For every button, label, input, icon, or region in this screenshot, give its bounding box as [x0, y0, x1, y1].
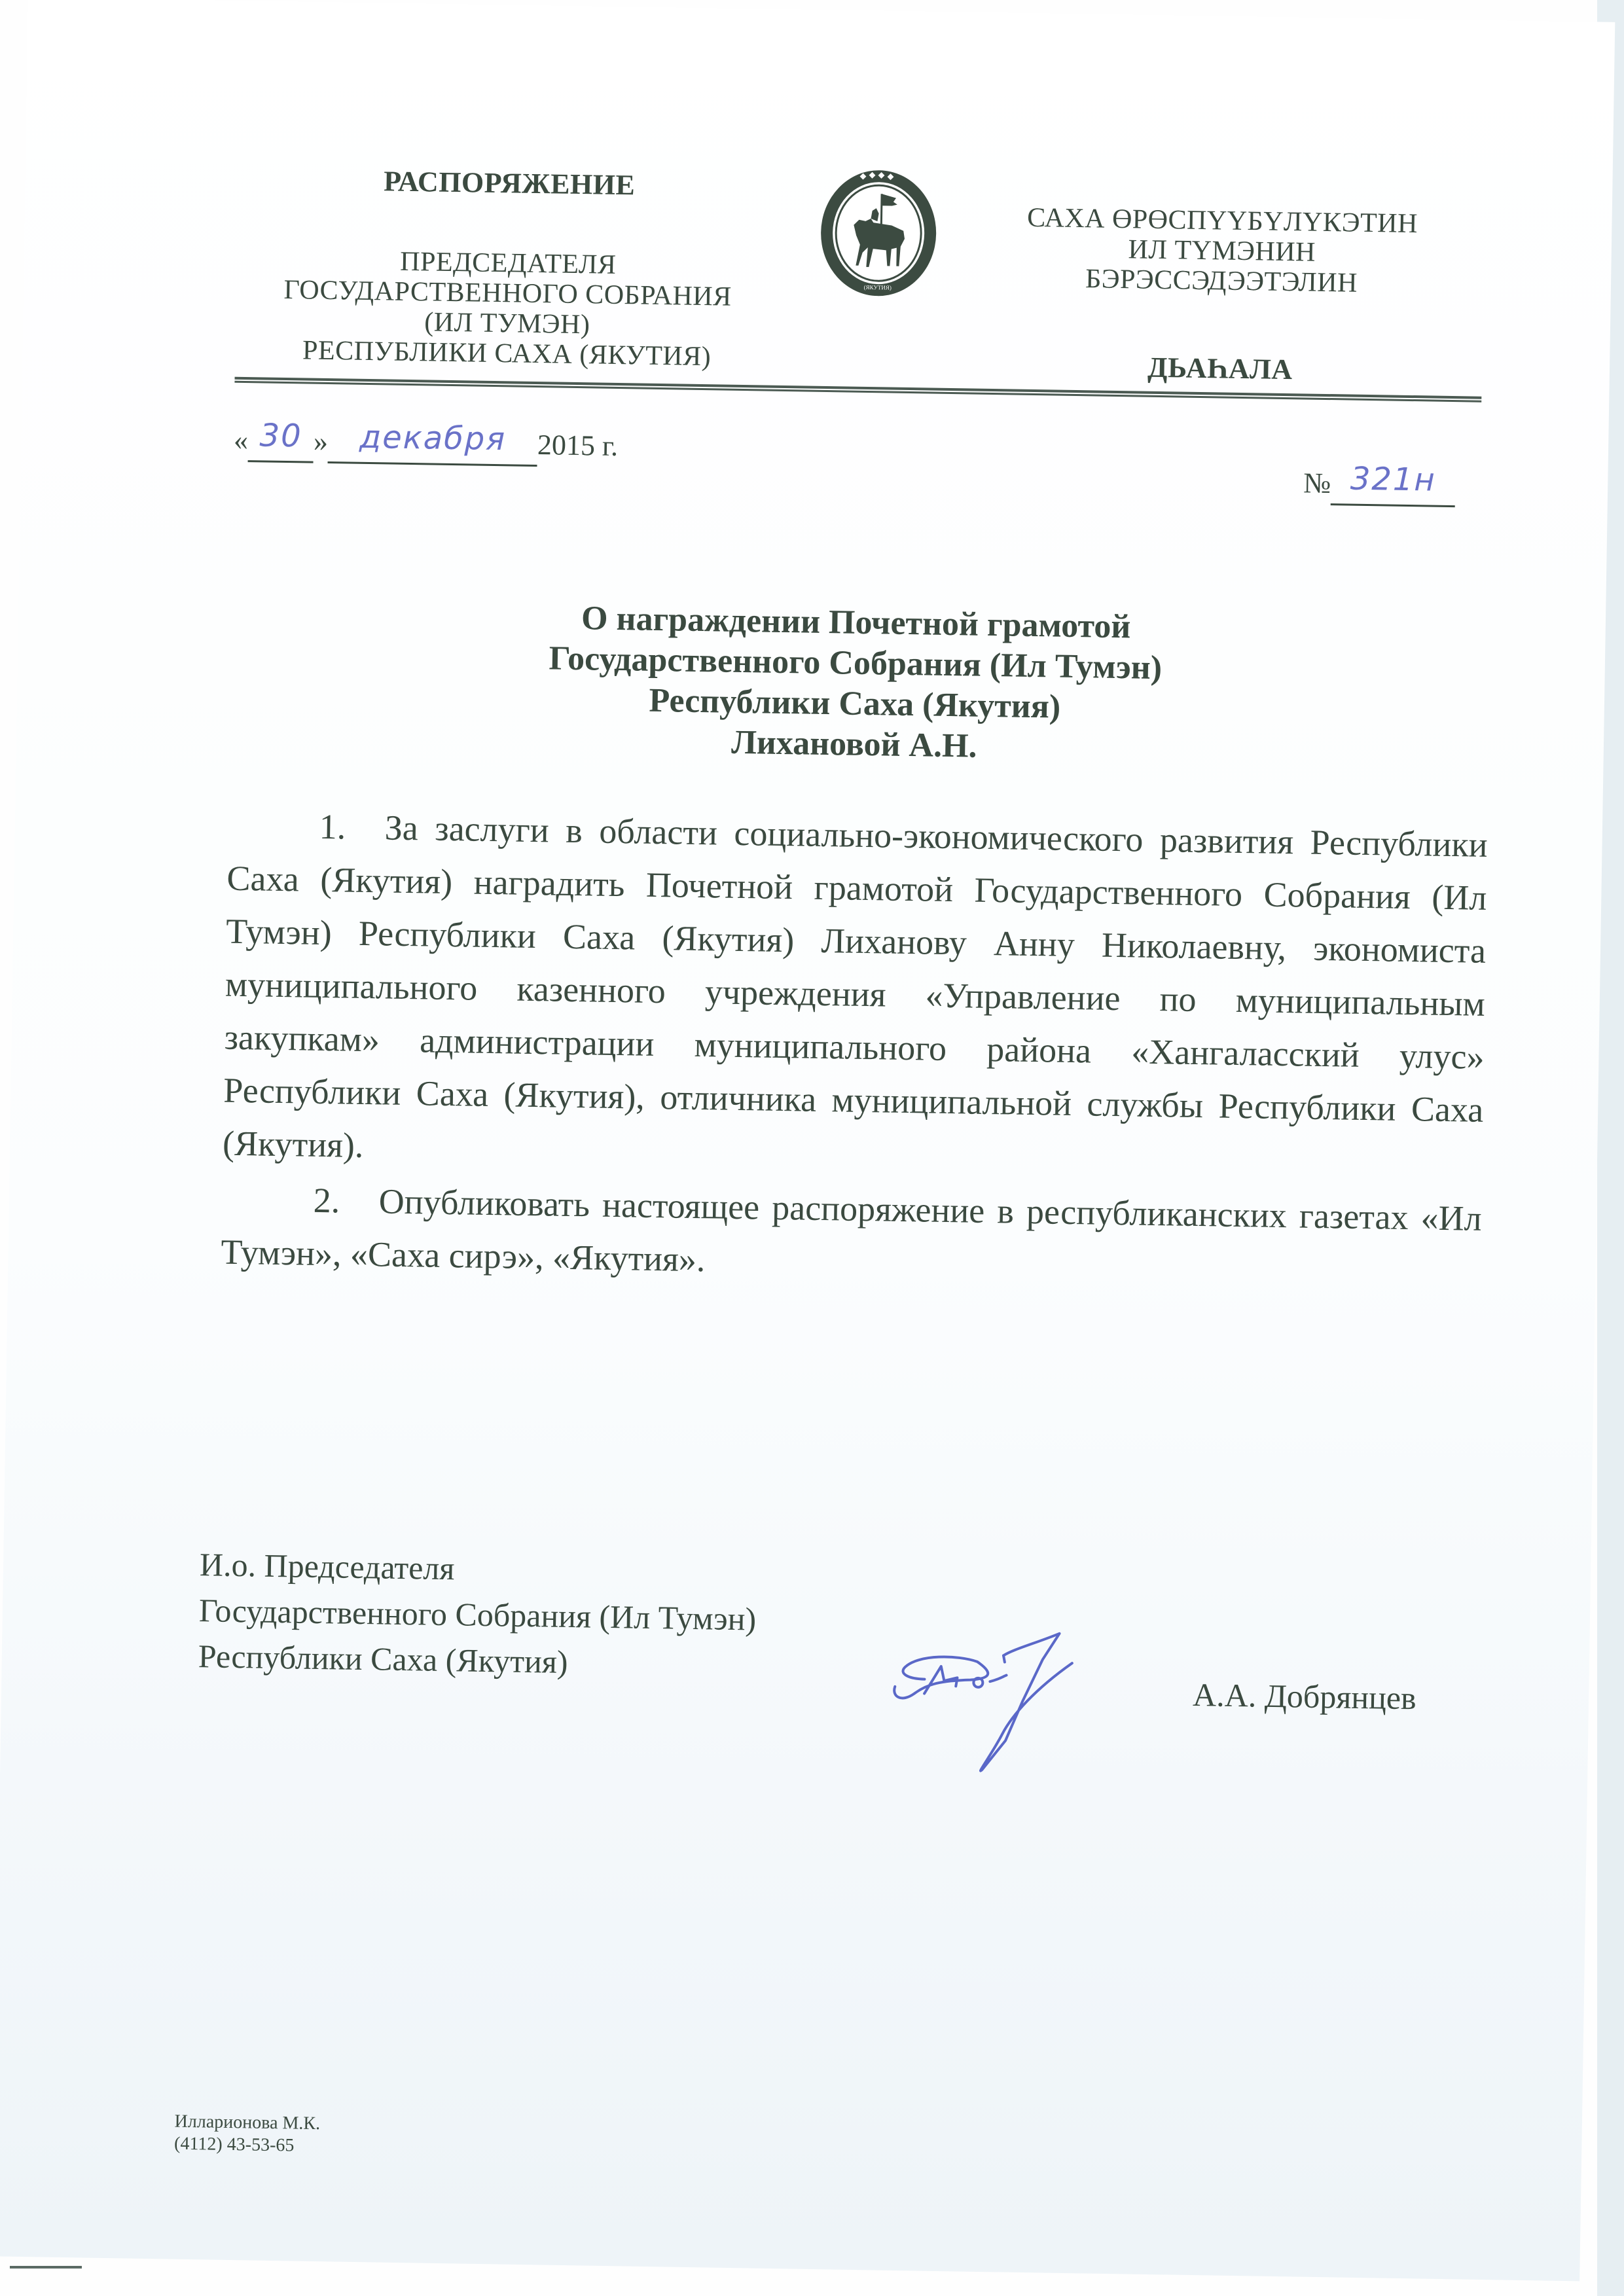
handwritten-signature-icon — [876, 1607, 1076, 1807]
signatory-name: А.А. Добрянцев — [1193, 1672, 1417, 1721]
header-left-ru: РАСПОРЯЖЕНИЕ ПРЕДСЕДАТЕЛЯ ГОСУДАРСТВЕННО… — [225, 164, 791, 373]
number-field: 321н — [1331, 463, 1456, 507]
quote-open: « — [234, 424, 249, 456]
order-number: №321н — [1303, 462, 1456, 507]
clause-text: Опубликовать настоящее распоряжение в ре… — [221, 1181, 1482, 1279]
date-year: 2015 г. — [537, 429, 619, 462]
clause-number: 2. — [313, 1174, 379, 1229]
order-date: «30»декабря2015 г. — [234, 420, 619, 468]
document-title: О награждении Почетной грамотой Государс… — [435, 596, 1275, 772]
handwritten-day: 30 — [259, 417, 302, 454]
number-sign: № — [1303, 467, 1331, 499]
clause-2: 2.Опубликовать настоящее распоряжение в … — [221, 1173, 1482, 1299]
header-right-sakha: САХА ӨРӨСПҮҮБҮЛҮКЭТИН ИЛ ТҮМЭНИН БЭРЭССЭ… — [971, 202, 1471, 387]
clause-text: За заслуги в области социально-экономиче… — [223, 808, 1488, 1165]
handwritten-month: декабря — [359, 419, 507, 458]
clause-1: 1.За заслуги в области социально-экономи… — [223, 799, 1489, 1190]
scan-edge-shadow — [10, 2266, 82, 2269]
signatory-position: И.о. Председателя Государственного Собра… — [198, 1541, 757, 1687]
executor-name: Илларионова М.К. — [174, 2111, 320, 2135]
document-page: РАСПОРЯЖЕНИЕ ПРЕДСЕДАТЕЛЯ ГОСУДАРСТВЕННО… — [0, 0, 1615, 2281]
position-line: И.о. Председателя — [200, 1541, 757, 1596]
republic-sakha-emblem-icon: (ЯКУТИЯ) — [812, 167, 945, 300]
order-type-ru: РАСПОРЯЖЕНИЕ — [228, 164, 791, 204]
svg-text:(ЯКУТИЯ): (ЯКУТИЯ) — [864, 284, 892, 291]
quote-close: » — [314, 425, 329, 457]
executor-phone: (4112) 43-53-65 — [174, 2133, 320, 2157]
clause-number: 1. — [319, 800, 385, 855]
executor-info: Илларионова М.К. (4112) 43-53-65 — [174, 2111, 320, 2157]
handwritten-number: 321н — [1350, 461, 1436, 499]
position-line: Государственного Собрания (Ил Тумэн) — [198, 1587, 756, 1641]
position-line: Республики Саха (Якутия) — [198, 1633, 755, 1687]
document-body: 1.За заслуги в области социально-экономи… — [221, 799, 1488, 1299]
date-month-field: декабря — [328, 421, 538, 467]
date-day-field: 30 — [248, 420, 314, 463]
order-type-sakha: ДЬАҺАЛА — [971, 350, 1470, 387]
